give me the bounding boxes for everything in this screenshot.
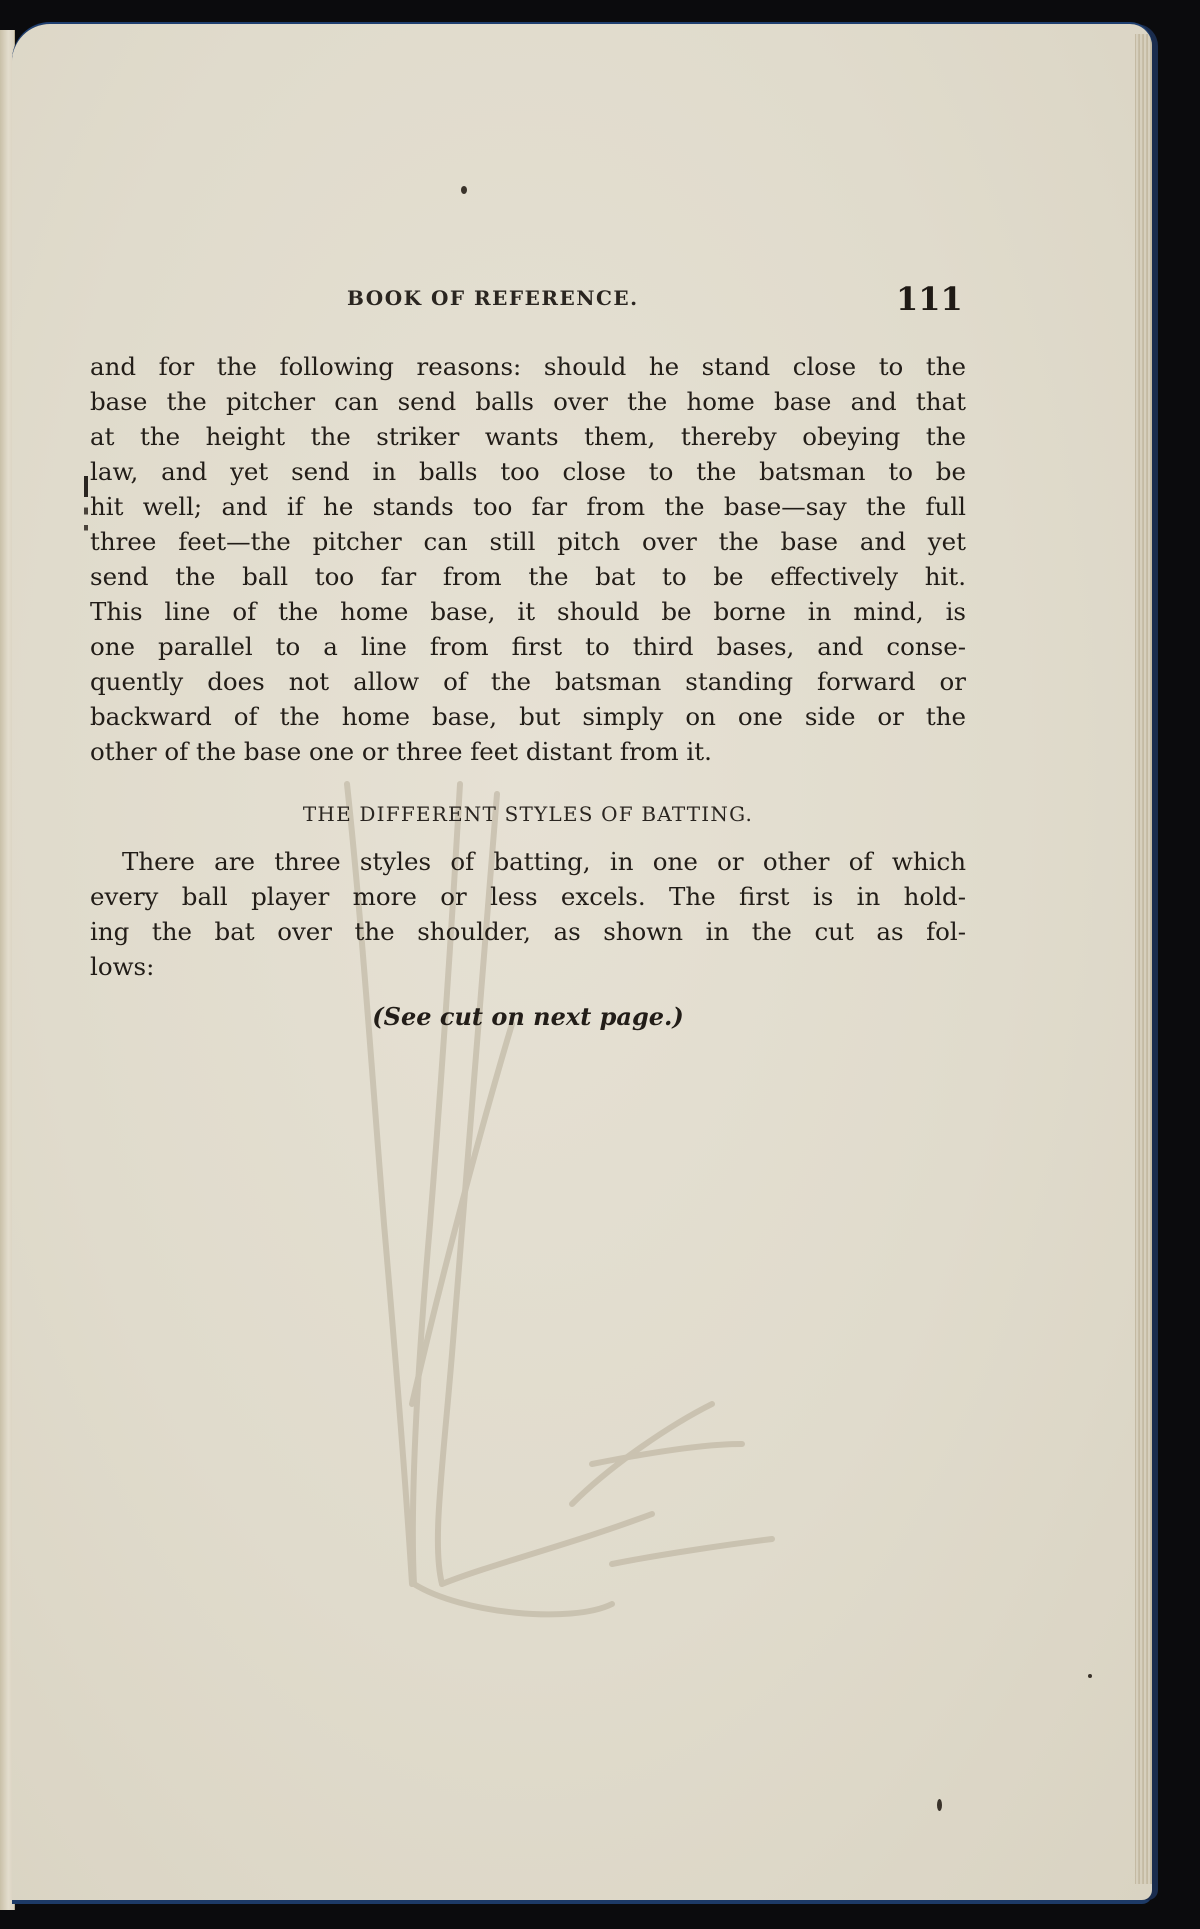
text-line: hit well; and if he stands too far from … (90, 489, 966, 524)
text-line: quently does not allow of the batsman st… (90, 664, 966, 699)
page-number: 111 (896, 280, 963, 318)
text-line: every ball player more or less excels. T… (90, 879, 966, 914)
section-heading: THE DIFFERENT STYLES OF BATTING. (90, 802, 966, 826)
text-line: This line of the home base, it should be… (90, 594, 966, 629)
text-line: law, and yet send in balls too close to … (90, 454, 966, 489)
running-head: BOOK OF REFERENCE. (347, 286, 639, 310)
text-line: three feet—the pitcher can still pitch o… (90, 524, 966, 559)
text-line: There are three styles of batting, in on… (90, 844, 966, 879)
text-line: one parallel to a line from first to thi… (90, 629, 966, 664)
page-stack-edge (1135, 34, 1152, 1884)
text-line: backward of the home base, but simply on… (90, 699, 966, 734)
text-line: lows: (90, 949, 966, 984)
see-cut-note: (See cut on next page.) (90, 1002, 966, 1031)
book-page: BOOK OF REFERENCE. 111 and for the follo… (12, 24, 1152, 1900)
ink-speck (461, 186, 467, 194)
ink-speck (937, 1799, 942, 1811)
margin-mark (84, 476, 88, 546)
text-line: ing the bat over the shoulder, as shown … (90, 914, 966, 949)
paragraph-1: and for the following reasons: should he… (90, 349, 966, 769)
text-line: other of the base one or three feet dist… (90, 734, 966, 769)
ink-speck (1088, 1674, 1092, 1678)
text-line: and for the following reasons: should he… (90, 349, 966, 384)
text-line: send the ball too far from the bat to be… (90, 559, 966, 594)
text-line: base the pitcher can send balls over the… (90, 384, 966, 419)
paragraph-2: There are three styles of batting, in on… (90, 844, 966, 984)
text-line: at the height the striker wants them, th… (90, 419, 966, 454)
